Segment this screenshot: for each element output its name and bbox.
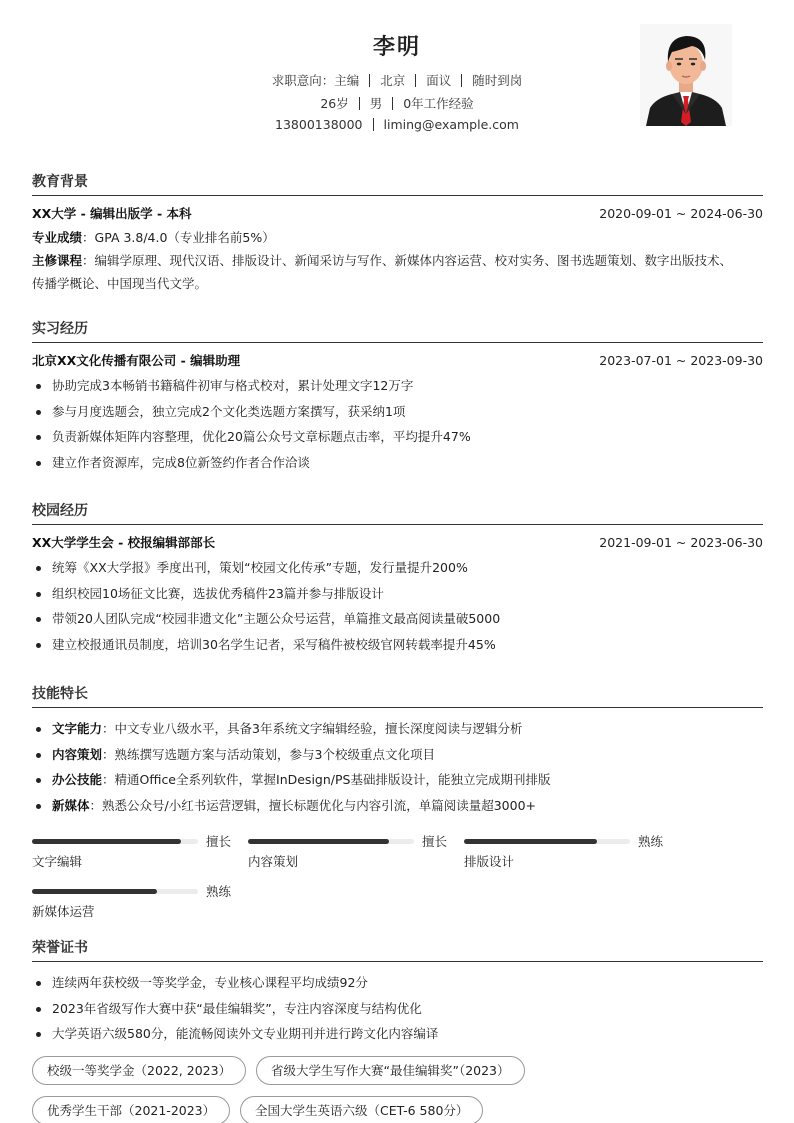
- section-title: 教育背景: [32, 172, 763, 196]
- skill-track: [464, 839, 630, 844]
- availability: 随时到岗: [472, 73, 522, 88]
- experience: 0年工作经验: [403, 96, 473, 111]
- skill-text: ：精通Office全系列软件，掌握InDesign/PS基础排版设计，能独立完成…: [102, 772, 550, 787]
- skills-bullets: 文字能力：中文专业八级水平，具备3年系统文字编辑经验，擅长深度阅读与逻辑分析 内…: [32, 716, 763, 818]
- company-role: 北京XX文化传播有限公司 - 编辑助理: [32, 351, 240, 371]
- email: liming@example.com: [384, 117, 519, 132]
- skill-name: 内容策划: [248, 852, 298, 870]
- avatar-icon: [640, 24, 732, 126]
- courses-value: ：编辑学原理、现代汉语、排版设计、新闻采访与写作、新媒体内容运营、校对实务、图书…: [82, 253, 732, 268]
- list-item: 内容策划：熟练撰写选题方案与活动策划，参与3个校级重点文化项目: [32, 742, 763, 768]
- honor-tag: 全国大学生英语六级（CET-6 580分）: [240, 1096, 483, 1123]
- courses-line-2: 传播学概论、中国现当代文学。: [32, 272, 763, 295]
- date-range: 2023-07-01 ~ 2023-09-30: [599, 351, 763, 371]
- list-item: 大学英语六级580分，能流畅阅读外文专业期刊并进行跨文化内容编译: [32, 1021, 763, 1047]
- location: 北京: [380, 73, 405, 88]
- divider: [369, 74, 370, 87]
- skill-text: ：熟练撰写选题方案与活动策划，参与3个校级重点文化项目: [102, 747, 435, 762]
- skill-text: ：中文专业八级水平，具备3年系统文字编辑经验，擅长深度阅读与逻辑分析: [102, 721, 522, 736]
- skill-track: [248, 839, 414, 844]
- campus-entry-head: XX大学学生会 - 校报编辑部部长 2021-09-01 ~ 2023-06-3…: [32, 533, 763, 553]
- grade-label: 专业成绩: [32, 230, 82, 245]
- list-item: 组织校园10场征文比赛，选拔优秀稿件23篇并参与排版设计: [32, 581, 763, 607]
- salary: 面议: [426, 73, 451, 88]
- list-item: 建立校报通讯员制度，培训30名学生记者，采写稿件被校级官网转载率提升45%: [32, 632, 763, 658]
- honor-tag: 优秀学生干部（2021-2023）: [32, 1096, 230, 1123]
- campus-section: 校园经历 XX大学学生会 - 校报编辑部部长 2021-09-01 ~ 2023…: [32, 501, 763, 657]
- honors-bullets: 连续两年获校级一等奖学金，专业核心课程平均成绩92分 2023年省级写作大赛中获…: [32, 970, 763, 1047]
- list-item: 负责新媒体矩阵内容整理，优化20篇公众号文章标题点击率，平均提升47%: [32, 424, 763, 450]
- section-title: 校园经历: [32, 501, 763, 525]
- divider: [392, 97, 393, 110]
- gender: 男: [370, 96, 383, 111]
- internship-section: 实习经历 北京XX文化传播有限公司 - 编辑助理 2023-07-01 ~ 20…: [32, 319, 763, 475]
- list-item: 新媒体：熟悉公众号/小红书运营逻辑，擅长标题优化与内容引流，单篇阅读量超3000…: [32, 793, 763, 819]
- honor-tag: 省级大学生写作大赛“最佳编辑奖”（2023）: [256, 1056, 525, 1085]
- list-item: 文字能力：中文专业八级水平，具备3年系统文字编辑经验，擅长深度阅读与逻辑分析: [32, 716, 763, 742]
- section-title: 实习经历: [32, 319, 763, 343]
- list-item: 参与月度选题会，独立完成2个文化类选题方案撰写，获采纳1项: [32, 399, 763, 425]
- skill-level: 擅长: [206, 832, 231, 850]
- skill-name: 排版设计: [464, 852, 514, 870]
- skill-fill: [32, 839, 181, 844]
- age: 26岁: [320, 96, 348, 111]
- honor-tag: 校级一等奖学金（2022, 2023）: [32, 1056, 246, 1085]
- list-item: 连续两年获校级一等奖学金，专业核心课程平均成绩92分: [32, 970, 763, 996]
- grade-value: ：GPA 3.8/4.0（专业排名前5%）: [82, 230, 275, 245]
- resume-header: 李明 求职意向：主编北京面议随时到岗 26岁男0年工作经验 1380013800…: [32, 0, 762, 150]
- phone: 13800138000: [275, 117, 362, 132]
- skill-bar: 熟练 新媒体运营: [32, 882, 232, 922]
- list-item: 带领20人团队完成“校园非遗文化”主题公众号运营，单篇推文最高阅读量破5000: [32, 606, 763, 632]
- skill-track: [32, 839, 198, 844]
- skill-name: 新媒体运营: [32, 902, 95, 920]
- skill-text: ：熟悉公众号/小红书运营逻辑，擅长标题优化与内容引流，单篇阅读量超3000+: [90, 798, 537, 813]
- grade-line: 专业成绩：GPA 3.8/4.0（专业排名前5%）: [32, 226, 763, 249]
- skill-bar: 熟练 排版设计: [464, 832, 664, 872]
- skill-level: 熟练: [638, 832, 663, 850]
- divider: [373, 118, 374, 131]
- internship-bullets: 协助完成3本畅销书籍稿件初审与格式校对，累计处理文字12万字 参与月度选题会，独…: [32, 373, 763, 475]
- skill-label: 内容策划: [52, 747, 102, 762]
- campus-bullets: 统筹《XX大学报》季度出刊，策划“校园文化传承”专题，发行量提升200% 组织校…: [32, 555, 763, 657]
- skill-label: 办公技能: [52, 772, 102, 787]
- skill-level: 熟练: [206, 882, 231, 900]
- education-entry-head: XX大学 - 编辑出版学 - 本科 2020-09-01 ~ 2024-06-3…: [32, 204, 763, 224]
- divider: [415, 74, 416, 87]
- skill-level: 擅长: [422, 832, 447, 850]
- divider: [359, 97, 360, 110]
- skill-fill: [464, 839, 597, 844]
- section-title: 荣誉证书: [32, 938, 763, 962]
- courses-line: 主修课程：编辑学原理、现代汉语、排版设计、新闻采访与写作、新媒体内容运营、校对实…: [32, 249, 763, 272]
- skill-fill: [32, 889, 157, 894]
- date-range: 2021-09-01 ~ 2023-06-30: [599, 533, 763, 553]
- education-section: 教育背景 XX大学 - 编辑出版学 - 本科 2020-09-01 ~ 2024…: [32, 172, 763, 295]
- honors-section: 荣誉证书 连续两年获校级一等奖学金，专业核心课程平均成绩92分 2023年省级写…: [32, 938, 763, 1047]
- list-item: 统筹《XX大学报》季度出刊，策划“校园文化传承”专题，发行量提升200%: [32, 555, 763, 581]
- skill-name: 文字编辑: [32, 852, 82, 870]
- resume-page: 李明 求职意向：主编北京面议随时到岗 26岁男0年工作经验 1380013800…: [0, 0, 794, 1123]
- list-item: 办公技能：精通Office全系列软件，掌握InDesign/PS基础排版设计，能…: [32, 767, 763, 793]
- list-item: 2023年省级写作大赛中获“最佳编辑奖”，专注内容深度与结构优化: [32, 996, 763, 1022]
- skills-section: 技能特长 文字能力：中文专业八级水平，具备3年系统文字编辑经验，擅长深度阅读与逻…: [32, 684, 763, 818]
- skill-bar: 擅长 文字编辑: [32, 832, 232, 872]
- org-role: XX大学学生会 - 校报编辑部部长: [32, 533, 215, 553]
- list-item: 建立作者资源库，完成8位新签约作者合作洽谈: [32, 450, 763, 476]
- section-title: 技能特长: [32, 684, 763, 708]
- job-intent: 求职意向：主编: [272, 73, 360, 88]
- list-item: 协助完成3本畅销书籍稿件初审与格式校对，累计处理文字12万字: [32, 373, 763, 399]
- school-degree: XX大学 - 编辑出版学 - 本科: [32, 204, 192, 224]
- skill-label: 文字能力: [52, 721, 102, 736]
- skill-fill: [248, 839, 389, 844]
- courses-label: 主修课程: [32, 253, 82, 268]
- date-range: 2020-09-01 ~ 2024-06-30: [599, 204, 763, 224]
- skill-bar: 擅长 内容策划: [248, 832, 448, 872]
- divider: [461, 74, 462, 87]
- internship-entry-head: 北京XX文化传播有限公司 - 编辑助理 2023-07-01 ~ 2023-09…: [32, 351, 763, 371]
- skill-label: 新媒体: [52, 798, 90, 813]
- skill-track: [32, 889, 198, 894]
- avatar-photo: [640, 24, 732, 126]
